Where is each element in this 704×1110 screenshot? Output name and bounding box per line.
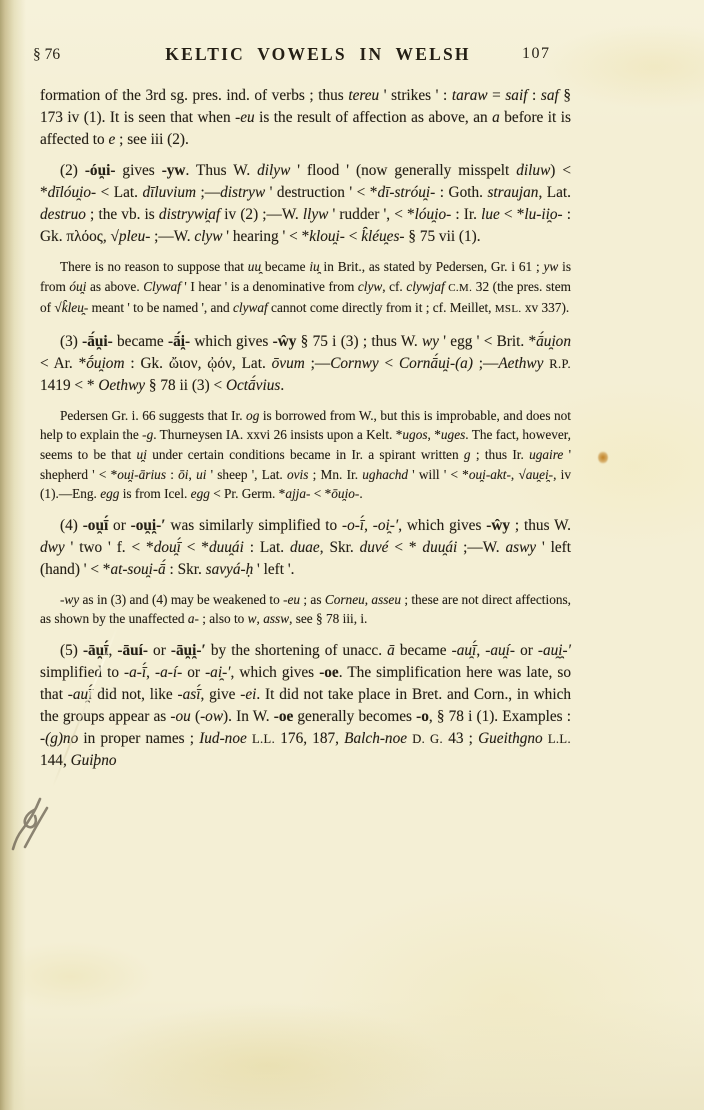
foxing-spot [598, 451, 608, 464]
paragraph-3: (3) -ā́u̯i- became -ā́i̯- which gives -ŵ… [40, 331, 571, 397]
paragraph-5: (5) -āu̯ī́, -āuí- or -āu̯i̯-′ by the sho… [40, 640, 571, 772]
page-title: KELTIC VOWELS IN WELSH [165, 44, 470, 65]
note-paragraph-3: -wy as in (3) and (4) may be weakened to… [40, 590, 571, 629]
page-number: 107 [522, 45, 551, 63]
paragraph-4: (4) -ou̯ī́ or -ou̯i̯-′ was similarly sim… [40, 515, 571, 581]
running-head: § 76 KELTIC VOWELS IN WELSH 107 [0, 44, 704, 70]
handwritten-margin-mark [10, 796, 52, 856]
paragraph-continuation: formation of the 3rd sg. pres. ind. of v… [40, 85, 571, 151]
section-marker: § 76 [33, 46, 60, 64]
paragraph-2: (2) -óu̯i- gives -yw. Thus W. dilyw ' fl… [40, 160, 571, 248]
book-gutter-shadow [0, 0, 26, 1110]
note-paragraph-2: Pedersen Gr. i. 66 suggests that Ir. og … [40, 406, 571, 504]
note-paragraph-1: There is no reason to suppose that uu̯ b… [40, 257, 571, 320]
text-block: formation of the 3rd sg. pres. ind. of v… [40, 85, 571, 781]
